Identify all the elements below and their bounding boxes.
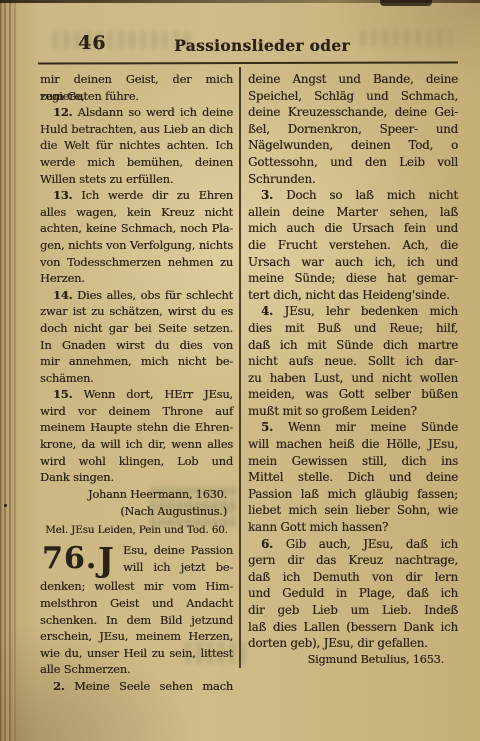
hymn-76-text-continued: deine Angst und Bande, deine Speichel, S…: [248, 71, 458, 652]
text-line: 14. Dies alles, obs für schlecht: [40, 287, 233, 304]
verse-number: 4.: [261, 304, 273, 318]
text-line: zum Guten führe.: [40, 88, 233, 105]
text-line: wird wohl klingen, Lob und: [40, 453, 233, 470]
verse-number: 15.: [53, 387, 72, 401]
text-line: die Frucht verstehen. Ach, die: [248, 237, 458, 254]
text-line: Esu, deine Passion: [123, 542, 233, 559]
hymn-76-start: 76. J Esu, deine Passionwill ich jetzt b…: [40, 542, 233, 578]
hymnal-page: 46 Passionslieder oder mir deinen Geist,…: [0, 0, 480, 741]
text-line: 4. JEsu, lehr bedenken mich: [248, 303, 458, 320]
verse-number: 12.: [53, 105, 72, 119]
text-line: laß dies Lallen (bessern Dank ich: [248, 619, 458, 636]
text-line: doch nicht gar bei Seite setzen.: [40, 320, 233, 337]
header-rule: [38, 61, 458, 64]
text-line: zwar ist zu schätzen, wirst du es: [40, 303, 233, 320]
verse-number: 6.: [261, 537, 273, 551]
text-line: Ursach war auch ich, ich und: [248, 254, 458, 271]
ink-speck: [4, 504, 7, 507]
text-line: daß ich Demuth von dir lern: [248, 569, 458, 586]
text-line: allein deine Marter sehen, laß: [248, 204, 458, 221]
text-line: denken; wollest mir vom Him-: [40, 578, 233, 595]
text-line: melsthron Geist und Andacht: [40, 595, 233, 612]
text-line: deine Kreuzesschande, deine Gei-: [248, 104, 458, 121]
book-gutter: [0, 0, 16, 741]
text-line: ßel, Dornenkron, Speer- und: [248, 121, 458, 138]
text-line: mein Gewissen still, dich ins: [248, 453, 458, 470]
text-line: gern dir das Kreuz nachtrage,: [248, 552, 458, 569]
text-line: Dank singen.: [40, 469, 233, 486]
text-line: 5. Wenn mir meine Sünde: [248, 419, 458, 436]
text-line: tert dich, nicht das Heideng'sinde.: [248, 287, 458, 304]
page-number: 46: [78, 32, 106, 54]
verse-number: 3.: [261, 188, 273, 202]
text-line: und Geduld in Plage, daß ich: [248, 585, 458, 602]
verse-number: 14.: [53, 288, 72, 302]
text-line: 3. Doch so laß mich nicht: [248, 187, 458, 204]
text-line: mir deinen Geist, der mich regiere,: [40, 71, 233, 88]
text-line: dorten geb), JEsu, dir gefallen.: [248, 635, 458, 652]
hymn-number: 76.: [40, 542, 98, 578]
text-line: meinem Haupte stehn die Ehren-: [40, 419, 233, 436]
text-line: will ich jetzt be-: [123, 559, 233, 576]
text-line: Nägelwunden, deinen Tod, o: [248, 137, 458, 154]
text-line: alle Schmerzen.: [40, 661, 233, 678]
text-line: Willen stets zu erfüllen.: [40, 171, 233, 188]
text-line: Gottessohn, und den Leib voll: [248, 154, 458, 171]
verse-number: 5.: [261, 420, 273, 434]
text-line: 15. Wenn dort, HErr JEsu,: [40, 386, 233, 403]
text-line: In Gnaden wirst du dies von: [40, 337, 233, 354]
text-line: dir geb Lieb um Lieb. Indeß: [248, 602, 458, 619]
left-column: mir deinen Geist, der mich regiere, zum …: [40, 71, 233, 695]
hymn-75-attribution: Johann Heermann, 1630.(Nach Augustinus.): [40, 487, 233, 521]
text-line: daß ich mit Sünde dich martre: [248, 337, 458, 354]
text-line: Schrunden.: [248, 171, 458, 188]
text-line: nicht aufs neue. Sollt ich dar-: [248, 353, 458, 370]
text-line: kann Gott mich hassen?: [248, 519, 458, 536]
text-line: werde mich bemühen, deinen: [40, 154, 233, 171]
hymn-76-opening-lines: Esu, deine Passionwill ich jetzt be-: [123, 542, 233, 578]
text-line: 12. Alsdann so werd ich deine: [40, 104, 233, 121]
text-line: liebet mich sein lieber Sohn, wie: [248, 502, 458, 519]
drop-cap: J: [98, 542, 118, 578]
verse-number: 2.: [53, 679, 65, 693]
text-line: Speichel, Schläg und Schmach,: [248, 88, 458, 105]
attribution-line: Johann Heermann, 1630.: [40, 487, 233, 504]
text-line: wie du, unser Heil zu sein, littest: [40, 645, 233, 662]
text-line: wird vor deinem Throne auf: [40, 403, 233, 420]
hymn-75-text: mir deinen Geist, der mich regiere, zum …: [40, 71, 233, 486]
text-line: Passion laß mich gläubig fassen;: [248, 486, 458, 503]
text-line: krone, da will ich dir, wenn alles: [40, 436, 233, 453]
text-line: dies mit Buß und Reue; hilf,: [248, 320, 458, 337]
text-line: meine Sünde; diese hat gemar-: [248, 270, 458, 287]
text-line: 2. Meine Seele sehen mach: [40, 678, 233, 695]
text-line: mir annehmen, mich nicht be-: [40, 353, 233, 370]
text-line: achten, keine Schmach, noch Pla-: [40, 220, 233, 237]
text-line: mich auch die Ursach fein und: [248, 220, 458, 237]
column-divider: [239, 67, 241, 668]
text-line: Mittel stelle. Dich und deine: [248, 469, 458, 486]
text-line: alles wagen, kein Kreuz nicht: [40, 204, 233, 221]
page-header-title: Passionslieder oder: [120, 36, 404, 55]
text-line: 6. Gib auch, JEsu, daß ich: [248, 536, 458, 553]
text-line: erschein, JEsu, meinem Herzen,: [40, 628, 233, 645]
text-line: Herzen.: [40, 270, 233, 287]
text-line: gen, nichts von Verfolgung, nichts: [40, 237, 233, 254]
hymn-76-text: denken; wollest mir vom Him- melsthron G…: [40, 578, 233, 694]
text-line: mußt mit so großem Leiden?: [248, 403, 458, 420]
text-line: schämen.: [40, 370, 233, 387]
text-line: will machen heiß die Hölle, JEsu,: [248, 436, 458, 453]
hymn-76-attribution: Sigmund Betulius, 1653.: [248, 652, 458, 669]
text-line: von Todesschmerzen nehmen zu: [40, 254, 233, 271]
verse-number: 13.: [53, 188, 72, 202]
text-line: meiden, was Gott selber büßen: [248, 386, 458, 403]
attribution-line: (Nach Augustinus.): [40, 504, 233, 521]
text-line: die Welt für nichtes achten. Ich: [40, 137, 233, 154]
text-line: deine Angst und Bande, deine: [248, 71, 458, 88]
text-line: Huld betrachten, aus Lieb an dich: [40, 121, 233, 138]
right-column: deine Angst und Bande, deine Speichel, S…: [248, 71, 458, 669]
page-edge-shadow: [380, 0, 432, 6]
melody-reference: Mel. JEsu Leiden, Pein und Tod. 60.: [40, 523, 233, 538]
text-line: 13. Ich werde dir zu Ehren: [40, 187, 233, 204]
text-line: zu haben Lust, und nicht wollen: [248, 370, 458, 387]
text-line: schenken. In dem Bild jetzund: [40, 612, 233, 629]
